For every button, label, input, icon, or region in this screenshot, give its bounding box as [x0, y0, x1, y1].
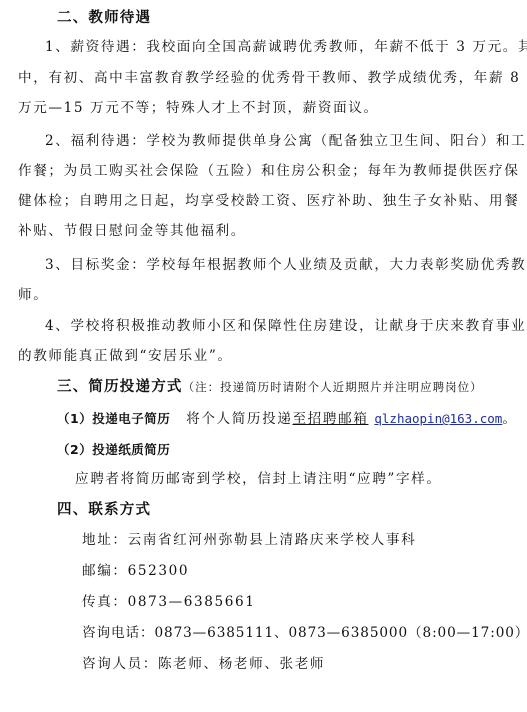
section-heading-contact: 四、联系方式 — [57, 500, 151, 520]
paper-resume-label: （2）投递纸质简历 — [57, 440, 170, 460]
paper-resume-text: 应聘者将简历邮寄到学校，信封上请注明“应聘”字样。 — [75, 469, 442, 489]
resume-heading-note: （注：投递简历时请附个人近期照片并注明应聘岗位） — [183, 380, 483, 394]
welfare-paragraph-line-1: 2、福利待遇：学校为教师提供单身公寓（配备独立卫生间、阳台）和工 — [45, 131, 526, 151]
welfare-paragraph-line-4: 补贴、节假日慰问金等其他福利。 — [18, 221, 246, 241]
section-heading-resume-submission: 三、简历投递方式（注：投递简历时请附个人近期照片并注明应聘岗位） — [57, 377, 483, 397]
welfare-paragraph-line-3: 健体检；自聘用之日起，均享受校龄工资、医疗补助、独生子女补贴、用餐 — [18, 191, 519, 211]
section-heading-teacher-benefits: 二、教师待遇 — [57, 8, 151, 28]
housing-paragraph-line-1: 4、学校将积极推动教师小区和保障性住房建设，让献身于庆来教育事业 — [45, 316, 526, 336]
electronic-resume-label: （1）投递电子简历 — [57, 411, 170, 426]
recruitment-email-link[interactable]: qlzhaopin@163.com — [374, 411, 502, 426]
resume-heading-text: 三、简历投递方式 — [57, 379, 183, 395]
salary-paragraph-line-3: 万元—15 万元不等；特殊人才上不封顶，薪资面议。 — [18, 98, 379, 118]
salary-paragraph-line-2: 中，有初、高中丰富教育教学经验的优秀骨干教师、教学成绩优秀，年薪 8 — [18, 68, 520, 88]
contact-postcode: 邮编：652300 — [82, 561, 189, 581]
electronic-resume-text: 将个人简历投递 — [186, 411, 292, 427]
contact-phone: 咨询电话：0873—6385111、0873—6385000（8:00—17:0… — [82, 623, 527, 643]
contact-address: 地址：云南省红河州弥勒县上清路庆来学校人事科 — [82, 530, 416, 550]
bonus-paragraph-line-1: 3、目标奖金：学校每年根据教师个人业绩及贡献，大力表彰奖励优秀教 — [45, 255, 526, 275]
salary-paragraph-line-1: 1、薪资待遇：我校面向全国高薪诚聘优秀教师，年薪不低于 3 万元。其 — [45, 37, 527, 57]
document-page: 二、教师待遇 1、薪资待遇：我校面向全国高薪诚聘优秀教师，年薪不低于 3 万元。… — [0, 0, 527, 712]
contact-fax: 传真：0873—6385661 — [82, 592, 256, 612]
electronic-resume-period: 。 — [502, 411, 517, 427]
welfare-paragraph-line-2: 作餐；为员工购买社会保险（五险）和住房公积金；每年为教师提供医疗保 — [18, 161, 519, 181]
bonus-paragraph-line-2: 师。 — [18, 285, 48, 305]
electronic-resume-underlined-text: 至招聘邮箱 — [292, 411, 368, 427]
contact-persons: 咨询人员：陈老师、杨老师、张老师 — [82, 654, 325, 674]
housing-paragraph-line-2: 的教师能真正做到“安居乐业”。 — [18, 346, 233, 366]
electronic-resume-row: （1）投递电子简历 将个人简历投递至招聘邮箱 qlzhaopin@163.com… — [57, 409, 518, 429]
